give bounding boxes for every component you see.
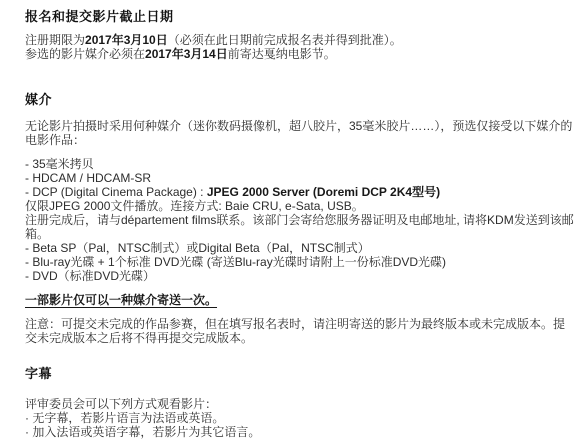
deadline-paragraph: 注册期限为2017年3月10日（必须在此日期前完成报名表并得到批准）。参选的影片… — [25, 33, 555, 61]
incomplete-version-note-line-1: 注意：可提交未完成的作品参赛，但在填写报名表时，请注明寄送的影片为最终版本或未完… — [25, 317, 565, 331]
document: 报名和提交影片截止日期 注册期限为2017年3月10日（必须在此日期前完成报名表… — [0, 0, 580, 439]
media-intro-paragraph: 无论影片拍摄时采用何种媒介（迷你数码摄像机，超八胶片，35毫米胶片……），预选仅… — [25, 119, 555, 147]
registration-deadline-date: 2017年3月10日 — [85, 33, 168, 47]
shipping-deadline-pre: 参选的影片媒介必须在 — [25, 47, 145, 61]
registration-deadline-pre: 注册期限为 — [25, 33, 85, 47]
shipping-deadline-date: 2017年3月14日 — [145, 47, 228, 61]
section-heading-subtitles: 字幕 — [25, 367, 555, 381]
media-item-hdcam: - HDCAM / HDCAM-SR — [25, 171, 555, 185]
dcp-kdm-note-line-1: 注册完成后，请与département films联系。该部门会寄给您服务器证明… — [25, 213, 574, 227]
dcp-kdm-note-line-2: 箱。 — [25, 227, 49, 241]
one-media-rule-paragraph: 一部影片仅可以一种媒介寄送一次。 — [25, 293, 555, 307]
shipping-deadline-post: 前寄达戛纳电影节。 — [228, 47, 336, 61]
incomplete-version-note: 注意：可提交未完成的作品参赛，但在填写报名表时，请注明寄送的影片为最终版本或未完… — [25, 317, 555, 345]
media-item-dcp: - DCP (Digital Cinema Package) : JPEG 20… — [25, 185, 555, 199]
media-item-betasp: - Beta SP（Pal，NTSC制式）或Digital Beta（Pal，N… — [25, 241, 555, 255]
section-heading-media: 媒介 — [25, 93, 555, 107]
media-item-dvd: - DVD（标准DVD光碟） — [25, 269, 555, 283]
media-item-35mm: - 35毫米拷贝 — [25, 157, 555, 171]
dcp-playback-note: 仅限JPEG 2000文件播放。连接方式: Baie CRU, e-Sata, … — [25, 199, 555, 213]
media-intro-line-2: 电影作品： — [25, 133, 85, 147]
media-intro-line-1: 无论影片拍摄时采用何种媒介（迷你数码摄像机，超八胶片，35毫米胶片……），预选仅… — [25, 119, 572, 133]
incomplete-version-note-line-2: 交未完成版本之后将不得再提交完成版本。 — [25, 331, 253, 345]
one-media-rule: 一部影片仅可以一种媒介寄送一次。 — [25, 293, 217, 307]
media-item-dcp-server-spec: JPEG 2000 Server (Doremi DCP 2K4型号) — [207, 185, 440, 199]
page: { "page": { "background": "#ffffff", "te… — [0, 0, 580, 445]
subtitles-paragraph: 评审委员会可以下列方式观看影片：· 无字幕，若影片语言为法语或英语。· 加入法语… — [25, 397, 555, 439]
registration-deadline-post: （必须在此日期前完成报名表并得到批准）。 — [168, 33, 402, 47]
section-heading-deadline: 报名和提交影片截止日期 — [25, 10, 555, 24]
subtitles-option-fr-en-subs: · 加入法语或英语字幕，若影片为其它语言。 — [25, 425, 260, 439]
dcp-kdm-note: 注册完成后，请与département films联系。该部门会寄给您服务器证明… — [25, 213, 555, 241]
subtitles-intro: 评审委员会可以下列方式观看影片： — [25, 397, 217, 411]
media-item-bluray: - Blu-ray光碟 + 1个标准 DVD光碟 (寄送Blu-ray光碟时请附… — [25, 255, 555, 269]
media-item-dcp-label: - DCP (Digital Cinema Package) : — [25, 185, 207, 199]
media-format-list: - 35毫米拷贝 - HDCAM / HDCAM-SR - DCP (Digit… — [25, 157, 555, 283]
subtitles-option-no-subs: · 无字幕，若影片语言为法语或英语。 — [25, 411, 224, 425]
